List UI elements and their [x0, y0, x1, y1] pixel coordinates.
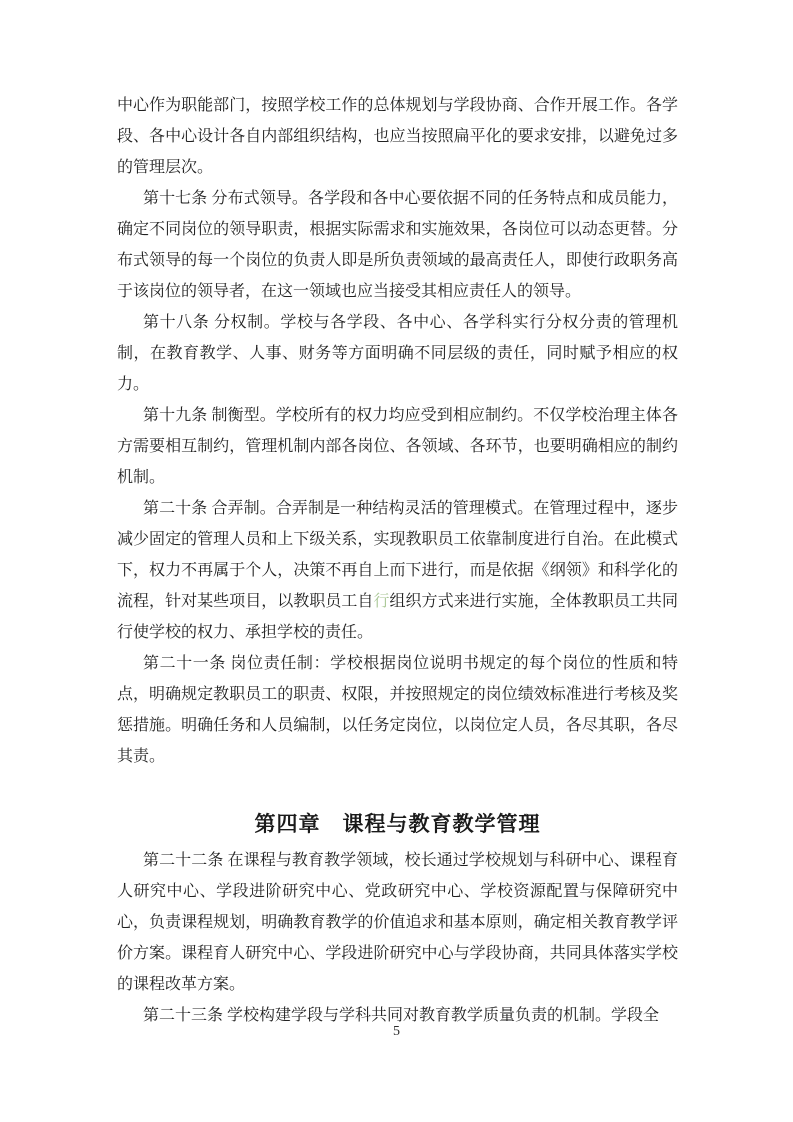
paragraph-article-17: 第十七条 分布式领导。各学段和各中心要依据不同的任务特点和成员能力，确定不同岗位…: [117, 183, 678, 307]
paragraph-article-20: 第二十条 合弄制。合弄制是一种结构灵活的管理模式。在管理过程中，逐步减少固定的管…: [117, 493, 678, 648]
paragraph-continued-from-previous-page: 中心作为职能部门，按照学校工作的总体规划与学段协商、合作开展工作。各学段、各中心…: [117, 90, 678, 183]
paragraph-article-22: 第二十二条 在课程与教育教学领域，校长通过学校规划与科研中心、课程育人研究中心、…: [117, 845, 678, 1000]
page-number: 5: [0, 1023, 793, 1041]
document-body: 中心作为职能部门，按照学校工作的总体规划与学段协商、合作开展工作。各学段、各中心…: [117, 90, 678, 1031]
chapter-4-heading: 第四章 课程与教育教学管理: [117, 803, 678, 845]
highlighted-char: 行: [373, 593, 389, 610]
paragraph-article-21: 第二十一条 岗位责任制：学校根据岗位说明书规定的每个岗位的性质和特点，明确规定教…: [117, 648, 678, 772]
document-page: 中心作为职能部门，按照学校工作的总体规划与学段协商、合作开展工作。各学段、各中心…: [0, 0, 793, 1122]
paragraph-article-19: 第十九条 制衡型。学校所有的权力均应受到相应制约。不仅学校治理主体各方需要相互制…: [117, 400, 678, 493]
paragraph-article-18: 第十八条 分权制。学校与各学段、各中心、各学科实行分权分责的管理机制，在教育教学…: [117, 307, 678, 400]
